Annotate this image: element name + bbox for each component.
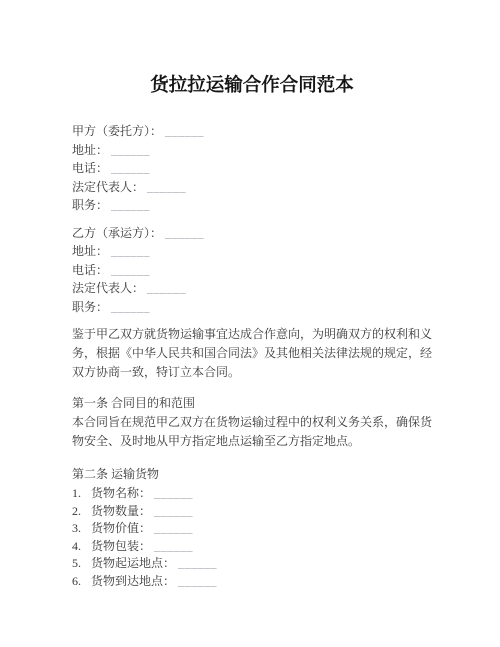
party-b-legal-rep-label: 法定代表人：	[72, 281, 144, 295]
party-a-position-label: 职务：	[72, 198, 108, 212]
goods-item-number: 6.	[72, 573, 91, 591]
party-a-name-label: 甲方（委托方）：	[72, 124, 162, 138]
party-a-address-label: 地址：	[72, 143, 108, 157]
goods-item-number: 4.	[72, 538, 91, 556]
goods-item-label: 货物名称：	[91, 486, 151, 500]
goods-item-origin: 5.货物起运地点：______	[72, 555, 432, 573]
party-b-name-line: 乙方（承运方）：______	[72, 224, 432, 243]
goods-list: 1.货物名称：______ 2.货物数量：______ 3.货物价值：_____…	[72, 485, 432, 590]
article-1: 第一条 合同目的和范围 本合同旨在规范甲乙双方在货物运输过程中的权利义务关系，确…	[72, 394, 432, 451]
party-a-phone-label: 电话：	[72, 161, 108, 175]
article-1-body: 本合同旨在规范甲乙双方在货物运输过程中的权利义务关系，确保货物安全、及时地从甲方…	[72, 413, 432, 451]
party-b-block: 乙方（承运方）：______ 地址：______ 电话：______ 法定代表人…	[72, 224, 432, 317]
doc-title: 货拉拉运输合作合同范本	[72, 74, 432, 98]
article-2-heading: 第二条 运输货物	[72, 465, 432, 484]
goods-item-name: 1.货物名称：______	[72, 485, 432, 503]
goods-item-label: 货物价值：	[91, 521, 151, 535]
party-b-position-label: 职务：	[72, 300, 108, 314]
preamble-paragraph: 鉴于甲乙双方就货物运输事宜达成合作意向，为明确双方的权利和义务，根据《中华人民共…	[72, 325, 432, 382]
goods-item-blank: ______	[154, 539, 193, 553]
article-1-heading: 第一条 合同目的和范围	[72, 394, 432, 413]
article-2: 第二条 运输货物 1.货物名称：______ 2.货物数量：______ 3.货…	[72, 465, 432, 590]
party-a-block: 甲方（委托方）：______ 地址：______ 电话：______ 法定代表人…	[72, 122, 432, 215]
goods-item-number: 1.	[72, 485, 91, 503]
party-b-position-blank: ______	[111, 300, 150, 314]
party-b-position-line: 职务：______	[72, 298, 432, 317]
party-a-legal-rep-line: 法定代表人：______	[72, 178, 432, 197]
party-b-phone-blank: ______	[111, 263, 150, 277]
goods-item-label: 货物数量：	[91, 504, 151, 518]
party-b-legal-rep-line: 法定代表人：______	[72, 279, 432, 298]
party-a-position-line: 职务：______	[72, 196, 432, 215]
party-b-name-label: 乙方（承运方）：	[72, 226, 162, 240]
party-a-name-blank: ______	[165, 124, 204, 138]
goods-item-blank: ______	[154, 521, 193, 535]
goods-item-blank: ______	[178, 556, 217, 570]
party-b-legal-rep-blank: ______	[147, 281, 186, 295]
goods-item-label: 货物到达地点：	[91, 574, 175, 588]
goods-item-blank: ______	[178, 574, 217, 588]
party-b-phone-line: 电话：______	[72, 261, 432, 280]
party-a-name-line: 甲方（委托方）：______	[72, 122, 432, 141]
party-a-legal-rep-blank: ______	[147, 180, 186, 194]
party-b-name-blank: ______	[165, 226, 204, 240]
party-b-phone-label: 电话：	[72, 263, 108, 277]
goods-item-number: 3.	[72, 520, 91, 538]
party-a-address-blank: ______	[111, 143, 150, 157]
party-a-position-blank: ______	[111, 198, 150, 212]
goods-item-label: 货物起运地点：	[91, 556, 175, 570]
goods-item-number: 2.	[72, 503, 91, 521]
contract-page: 货拉拉运输合作合同范本 甲方（委托方）：______ 地址：______ 电话：…	[0, 0, 500, 647]
goods-item-blank: ______	[154, 504, 193, 518]
party-a-phone-line: 电话：______	[72, 159, 432, 178]
party-b-address-label: 地址：	[72, 244, 108, 258]
goods-item-value: 3.货物价值：______	[72, 520, 432, 538]
party-b-address-line: 地址：______	[72, 242, 432, 261]
party-b-address-blank: ______	[111, 244, 150, 258]
goods-item-number: 5.	[72, 555, 91, 573]
party-a-legal-rep-label: 法定代表人：	[72, 180, 144, 194]
party-a-phone-blank: ______	[111, 161, 150, 175]
goods-item-quantity: 2.货物数量：______	[72, 503, 432, 521]
goods-item-blank: ______	[154, 486, 193, 500]
goods-item-packaging: 4.货物包装：______	[72, 538, 432, 556]
goods-item-destination: 6.货物到达地点：______	[72, 573, 432, 591]
goods-item-label: 货物包装：	[91, 539, 151, 553]
party-a-address-line: 地址：______	[72, 141, 432, 160]
